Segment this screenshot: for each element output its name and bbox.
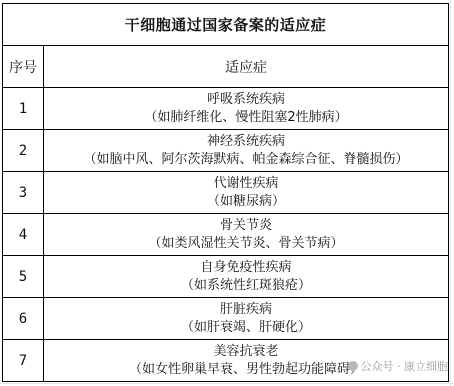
title-row: 干细胞通过国家备案的适应症 xyxy=(3,4,449,46)
indication-name: 骨关节炎 xyxy=(44,217,448,235)
row-index: 6 xyxy=(3,298,44,340)
row-index: 5 xyxy=(3,256,44,298)
row-index: 2 xyxy=(3,130,44,172)
indication-name: 神经系统疾病 xyxy=(44,133,448,151)
table-row: 4 骨关节炎 （如类风湿性关节炎、骨关节病） xyxy=(3,214,449,256)
indication-name: 自身免疫性疾病 xyxy=(44,259,448,277)
row-indication: 呼吸系统疾病 （如肺纤维化、慢性阻塞2性肺病） xyxy=(44,88,449,130)
row-indication: 自身免疫性疾病 （如系统性红斑狼疮） xyxy=(44,256,449,298)
watermark: 公众号 · 康立细胞 xyxy=(348,358,449,374)
table-row: 6 肝脏疾病 （如肝衰竭、肝硬化） xyxy=(3,298,449,340)
row-index: 3 xyxy=(3,172,44,214)
row-indication: 骨关节炎 （如类风湿性关节炎、骨关节病） xyxy=(44,214,449,256)
indication-name: 代谢性疾病 xyxy=(44,175,448,193)
row-index: 1 xyxy=(3,88,44,130)
indication-name: 肝脏疾病 xyxy=(44,301,448,319)
table-title: 干细胞通过国家备案的适应症 xyxy=(3,4,449,46)
indication-name: 呼吸系统疾病 xyxy=(44,91,448,109)
row-index: 4 xyxy=(3,214,44,256)
table-row: 5 自身免疫性疾病 （如系统性红斑狼疮） xyxy=(3,256,449,298)
wechat-icon xyxy=(348,361,358,371)
indications-table: 干细胞通过国家备案的适应症 序号 适应症 1 呼吸系统疾病 （如肺纤维化、慢性阻… xyxy=(2,3,449,382)
header-index: 序号 xyxy=(3,46,44,88)
row-index: 7 xyxy=(3,340,44,382)
indication-examples: （如系统性红斑狼疮） xyxy=(44,277,448,295)
indication-examples: （如类风湿性关节炎、骨关节病） xyxy=(44,235,448,253)
table-row: 2 神经系统疾病 （如脑中风、阿尔茨海默病、帕金森综合征、脊髓损伤） xyxy=(3,130,449,172)
indication-examples: （如肝衰竭、肝硬化） xyxy=(44,319,448,337)
header-indication: 适应症 xyxy=(44,46,449,88)
table-row: 3 代谢性疾病 （如糖尿病） xyxy=(3,172,449,214)
row-indication: 神经系统疾病 （如脑中风、阿尔茨海默病、帕金森综合征、脊髓损伤） xyxy=(44,130,449,172)
gridline xyxy=(0,383,454,384)
watermark-text: 公众号 · 康立细胞 xyxy=(361,358,449,374)
indication-examples: （如肺纤维化、慢性阻塞2性肺病） xyxy=(44,109,448,127)
header-row: 序号 适应症 xyxy=(3,46,449,88)
row-indication: 肝脏疾病 （如肝衰竭、肝硬化） xyxy=(44,298,449,340)
table-row: 1 呼吸系统疾病 （如肺纤维化、慢性阻塞2性肺病） xyxy=(3,88,449,130)
indication-examples: （如脑中风、阿尔茨海默病、帕金森综合征、脊髓损伤） xyxy=(44,151,448,169)
gridline xyxy=(450,0,451,386)
row-indication: 代谢性疾病 （如糖尿病） xyxy=(44,172,449,214)
indication-examples: （如糖尿病） xyxy=(44,193,448,211)
